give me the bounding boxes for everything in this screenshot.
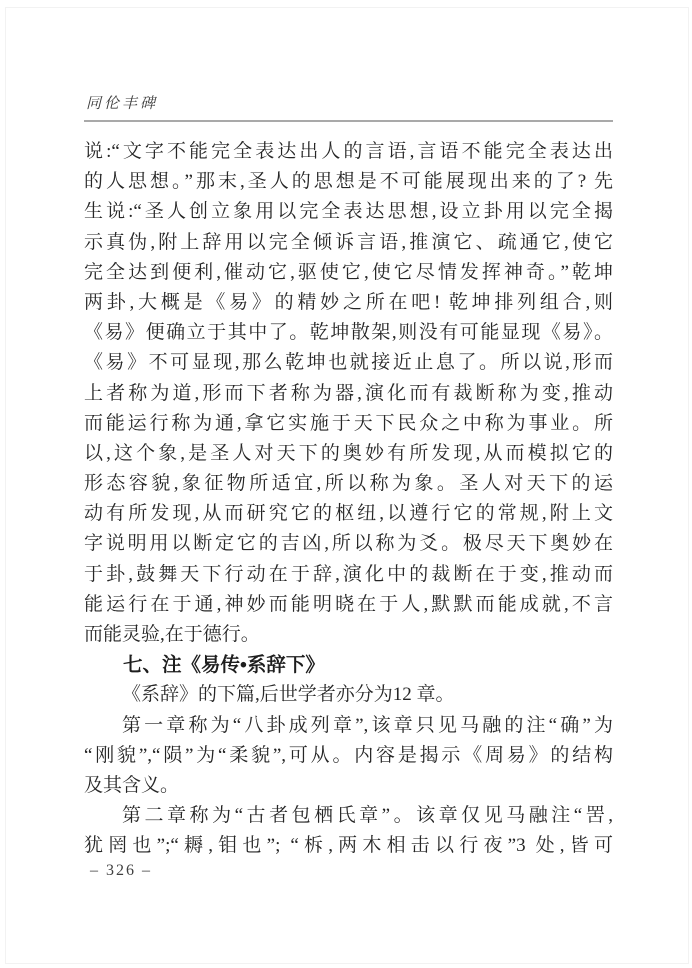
text-line: 《易》不可显现,那么乾坤也就接近止息了。所以说,形而 (84, 348, 613, 378)
text-line: 于卦,鼓舞天下行动在于辞,演化中的裁断在于变,推动而 (84, 560, 613, 590)
text-line: 而能运行称为通,拿它实施于天下民众之中称为事业。所 (84, 409, 613, 439)
running-title: 同伦丰碑 (86, 92, 158, 113)
text-line: 形态容貌,象征物所适宜,所以称为象。圣人对天下的运 (84, 469, 613, 499)
header-rule (84, 120, 613, 122)
text-line: 字说明用以断定它的吉凶,所以称为爻。极尽天下奥妙在 (84, 529, 613, 559)
text-line: “刚貌”,“陨”为“柔貌”,可从。内容是揭示《周易》的结构 (84, 741, 613, 771)
section-heading: 七、注《易传•系辞下》 (84, 650, 613, 680)
text-line: 以,这个象,是圣人对天下的奥妙有所发现,从而模拟它的 (84, 439, 613, 469)
text-line: 犹罔也”;“耨,钼也”; “柝,两木相击以行夜”3 处,皆可 (84, 831, 613, 861)
text-line: 《易》便确立于其中了。乾坤散架,则没有可能显现《易》。 (84, 318, 613, 348)
text-line: 第一章称为“八卦成列章”,该章只见马融的注“确”为 (84, 711, 613, 741)
text-line: 上者称为道,形而下者称为器,演化而有裁断称为变,推动 (84, 379, 613, 409)
text-line: 及其含义。 (84, 771, 613, 801)
text-line: 能运行在于通,神妙而能明晓在于人,默默而能成就,不言 (84, 590, 613, 620)
page-number: – 326 – (90, 862, 152, 880)
text-line: 示真伪,附上辞用以完全倾诉言语,推演它、疏通它,使它 (84, 228, 613, 258)
text-line: 生说:“圣人创立象用以完全表达思想,设立卦用以完全揭 (84, 197, 613, 227)
book-page: 同伦丰碑 说:“文字不能完全表达出人的言语,言语不能完全表达出 的人思想。”那末… (0, 0, 692, 968)
page-body: 说:“文字不能完全表达出人的言语,言语不能完全表达出 的人思想。”那末,圣人的思… (84, 137, 613, 862)
text-line: 两卦,大概是《易》的精妙之所在吧! 乾坤排列组合,则 (84, 288, 613, 318)
text-line: 第二章称为“古者包栖氏章”。该章仅见马融注“罟, (84, 801, 613, 831)
text-line: 的人思想。”那末,圣人的思想是不可能展现出来的了? 先 (84, 167, 613, 197)
text-line: 而能灵验,在于德行。 (84, 620, 613, 650)
text-line: 《系辞》的下篇,后世学者亦分为12 章。 (84, 680, 613, 710)
text-line: 说:“文字不能完全表达出人的言语,言语不能完全表达出 (84, 137, 613, 167)
text-line: 动有所发现,从而研究它的枢纽,以遵行它的常规,附上文 (84, 499, 613, 529)
text-line: 完全达到便利,催动它,驱使它,使它尽情发挥神奇。”乾坤 (84, 258, 613, 288)
